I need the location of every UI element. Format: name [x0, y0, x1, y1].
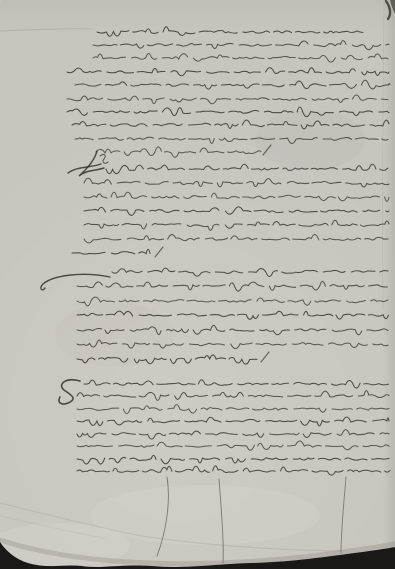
handwriting-line: [106, 164, 388, 174]
handwriting-line: [84, 192, 389, 201]
handwriting-line: [77, 466, 390, 475]
handwriting-line: [77, 405, 389, 414]
handwriting-line: [77, 455, 389, 464]
flourish-mark: [79, 151, 104, 176]
handwriting-line: [93, 53, 388, 62]
handwriting-line: [84, 178, 389, 187]
flourish-mark: [261, 352, 269, 362]
handwriting-line: [93, 41, 389, 50]
flourish-mark: [100, 155, 108, 164]
handwriting-line: [96, 147, 261, 157]
paper-crease: [383, 2, 384, 310]
flourish-mark: [155, 247, 163, 257]
paper-crease: [0, 29, 92, 31]
handwriting-line: [77, 417, 389, 426]
handwriting-line: [97, 27, 363, 36]
handwriting-line: [84, 234, 388, 242]
handwriting-line: [72, 249, 150, 254]
handwriting-line: [77, 391, 389, 401]
handwriting-line: [112, 268, 388, 276]
corner-ink-mark: [386, 1, 390, 19]
handwriting-line: [84, 380, 388, 388]
manuscript-paragraph-2: [72, 164, 389, 254]
handwriting-line: [67, 68, 389, 76]
handwriting-line: [67, 95, 388, 104]
flourish-mark: [59, 380, 80, 404]
handwriting-line: [77, 441, 389, 450]
handwriting-line: [77, 281, 387, 291]
handwriting-layer: [0, 0, 395, 569]
handwriting-line: [75, 80, 390, 89]
paper-stain: [255, 110, 365, 170]
descender-stroke: [341, 477, 346, 553]
handwriting-line: [77, 430, 389, 439]
paper-stain: [90, 485, 320, 545]
manuscript-paragraph-4: [77, 380, 390, 475]
handwriting-line: [84, 207, 389, 216]
manuscript-page: necessite ... pour ceste fois mal possib…: [0, 0, 395, 569]
handwriting-line: [84, 220, 389, 230]
